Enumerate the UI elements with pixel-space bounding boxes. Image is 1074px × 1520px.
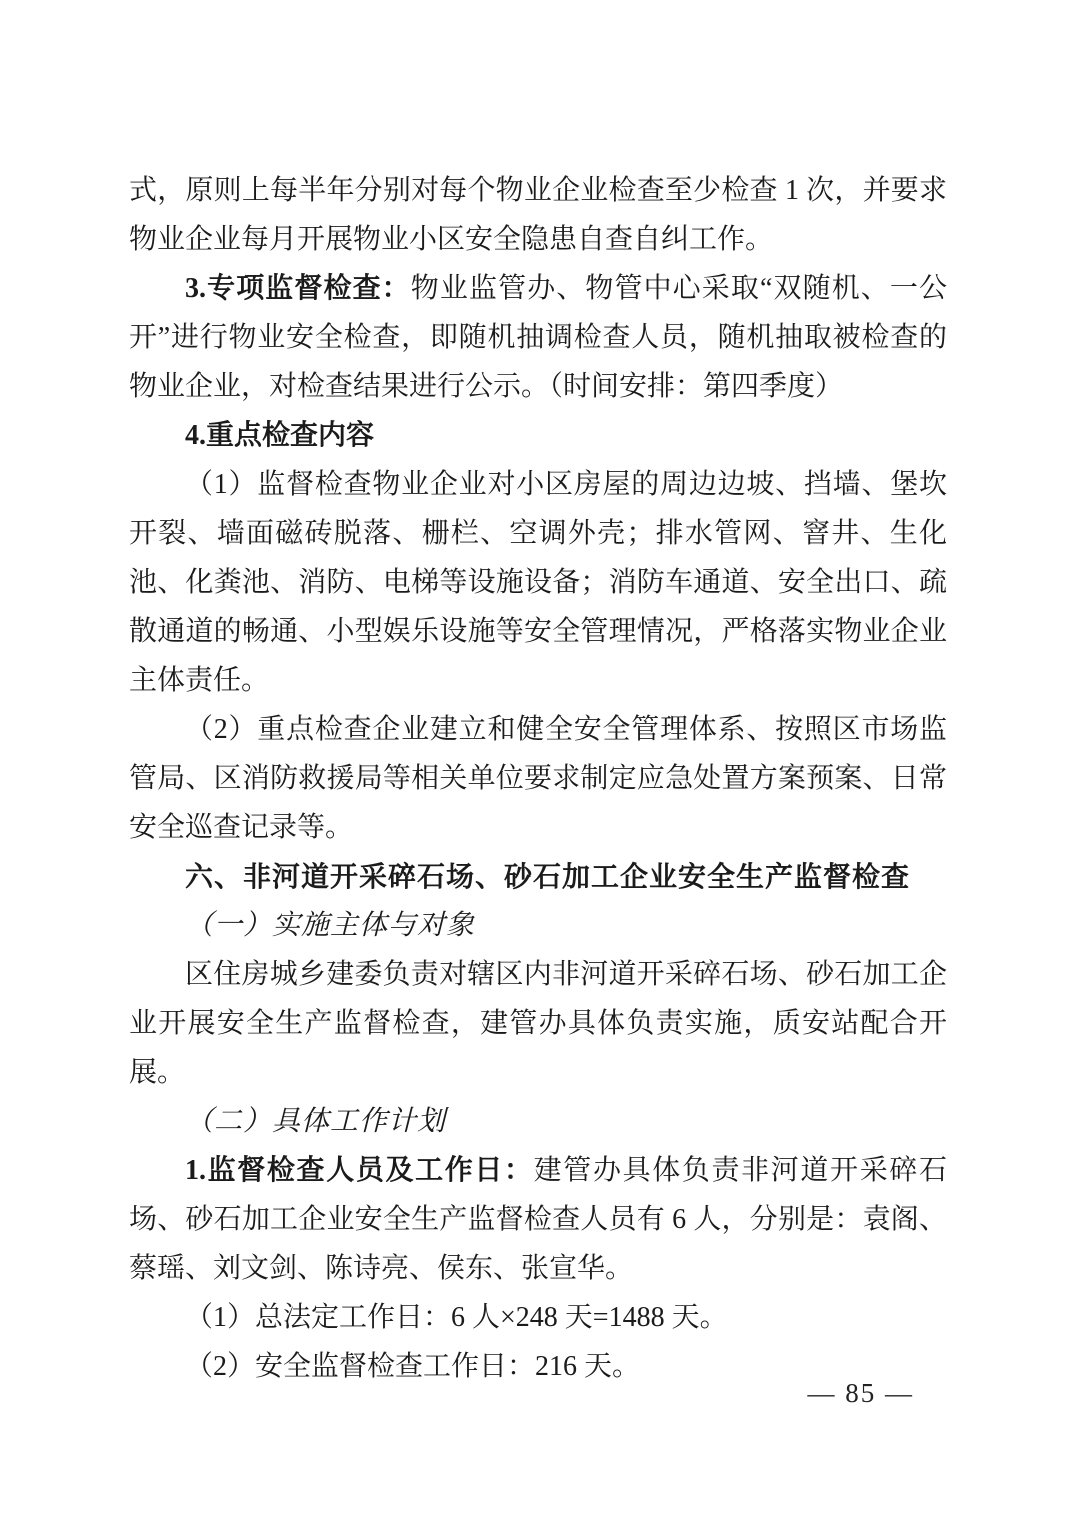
document-page: 式，原则上每半年分别对每个物业企业检查至少检查 1 次，并要求物业企业每月开展物…	[0, 0, 1074, 1520]
paragraph-text: （2）重点检查企业建立和健全安全管理体系、按照区市场监管局、区消防救援局等相关单…	[129, 714, 947, 843]
paragraph-implementation-body: 区住房城乡建委负责对辖区内非河道开采碎石场、砂石加工企业开展安全生产监督检查，建…	[129, 950, 947, 1097]
paragraph-text: 区住房城乡建委负责对辖区内非河道开采碎石场、砂石加工企业开展安全生产监督检查，建…	[129, 959, 947, 1088]
paragraph-personnel-workdays: 1.监督检查人员及工作日：建管办具体负责非河道开采碎石场、砂石加工企业安全生产监…	[129, 1146, 947, 1293]
paragraph-text: （2）安全监督检查工作日：216 天。	[185, 1351, 640, 1382]
paragraph-text: 式，原则上每半年分别对每个物业企业检查至少检查 1 次，并要求物业企业每月开展物…	[129, 175, 947, 255]
heading-subsection-two: （二）具体工作计划	[129, 1097, 947, 1146]
paragraph-total-workdays: （1）总法定工作日：6 人×248 天=1488 天。	[129, 1293, 947, 1342]
paragraph-special-supervision: 3.专项监督检查：物业监管办、物管中心采取“双随机、一公开”进行物业安全检查，即…	[129, 264, 947, 411]
heading-subsection-one: （一）实施主体与对象	[129, 901, 947, 950]
paragraph-text: （一）实施主体与对象	[185, 910, 475, 941]
document-content: 式，原则上每半年分别对每个物业企业检查至少检查 1 次，并要求物业企业每月开展物…	[129, 166, 947, 1391]
heading-key-inspection-content: 4.重点检查内容	[129, 411, 947, 460]
paragraph-lead: 1.监督检查人员及工作日：	[185, 1155, 534, 1186]
paragraph-text: （1）总法定工作日：6 人×248 天=1488 天。	[185, 1302, 728, 1333]
heading-section-six: 六、非河道开采碎石场、砂石加工企业安全生产监督检查	[129, 852, 947, 901]
paragraph-selfcheck-continuation: 式，原则上每半年分别对每个物业企业检查至少检查 1 次，并要求物业企业每月开展物…	[129, 166, 947, 264]
paragraph-text: （二）具体工作计划	[185, 1106, 446, 1137]
paragraph-text: 六、非河道开采碎石场、砂石加工企业安全生产监督检查	[185, 861, 910, 892]
paragraph-lead: 3.专项监督检查：	[185, 273, 411, 304]
paragraph-inspection-item-2: （2）重点检查企业建立和健全安全管理体系、按照区市场监管局、区消防救援局等相关单…	[129, 705, 947, 852]
page-number: — 85 —	[808, 1378, 915, 1408]
paragraph-text: （1）监督检查物业企业对小区房屋的周边边坡、挡墙、堡坎开裂、墙面磁砖脱落、栅栏、…	[129, 469, 947, 696]
paragraph-inspection-item-1: （1）监督检查物业企业对小区房屋的周边边坡、挡墙、堡坎开裂、墙面磁砖脱落、栅栏、…	[129, 460, 947, 705]
paragraph-lead: 4.重点检查内容	[185, 420, 374, 451]
